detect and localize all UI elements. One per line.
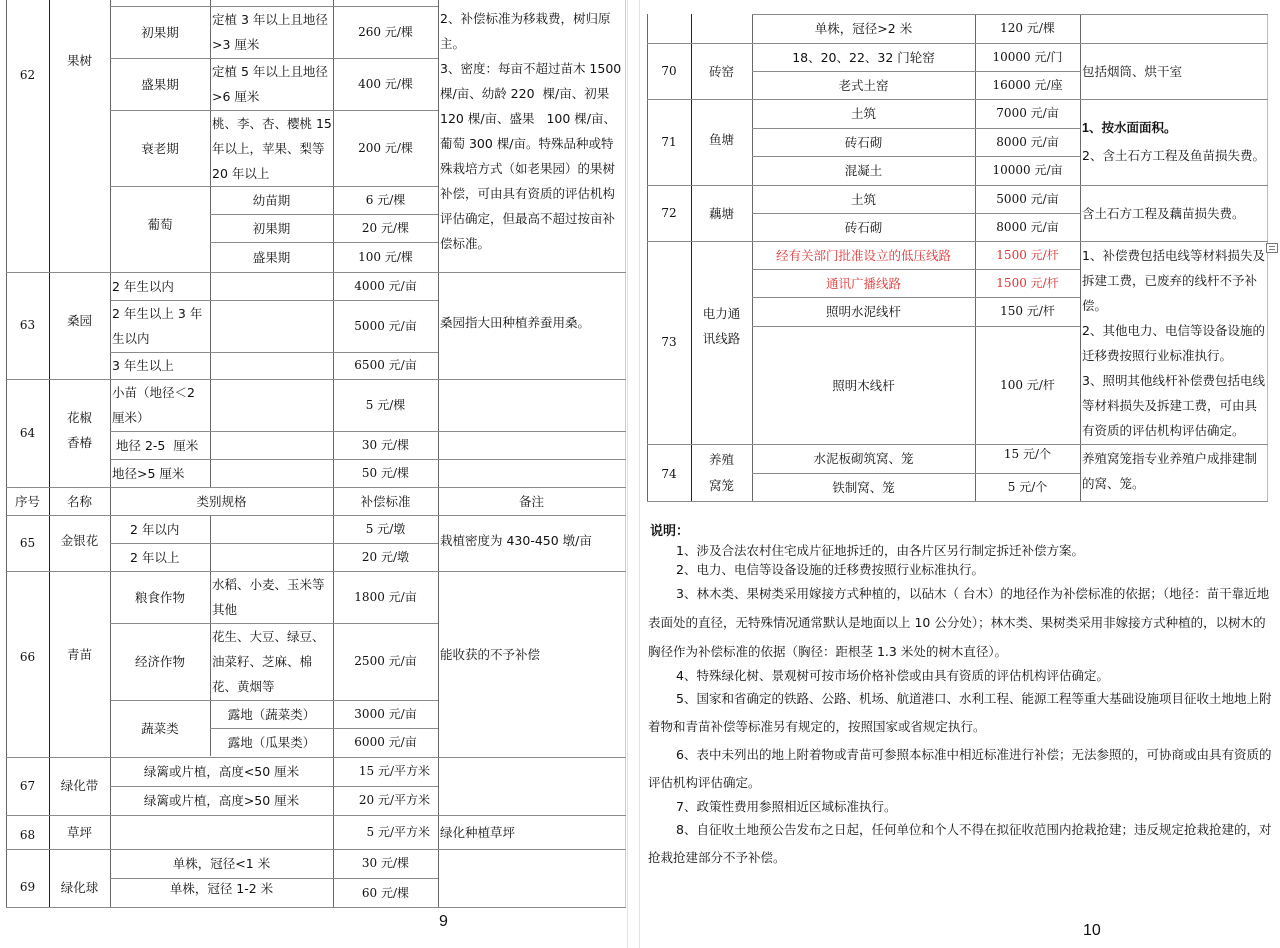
- spec-cell: 水稻、小麦、玉米等其他: [210, 571, 333, 623]
- price-cell: 20 元/墩: [333, 543, 438, 571]
- spec-cell: 绿篱或片植，高度>50 厘米: [110, 786, 333, 815]
- row-seq: 66: [6, 571, 49, 743]
- price-cell: 200 元/棵: [333, 110, 438, 186]
- spec-cell: 地径 2-5 厘米: [110, 431, 210, 459]
- remark-cell: 绿化种植草坪: [438, 815, 625, 849]
- row-seq: 74: [647, 444, 691, 501]
- price-cell: 10000 元/门: [975, 43, 1080, 71]
- row-seq: 72: [647, 185, 691, 241]
- spec-cell: 2 年生以上 3 年生以内: [110, 300, 210, 352]
- price-cell: 30 元/棵: [333, 849, 438, 878]
- row-seq: 70: [647, 43, 691, 99]
- spec-cell: 18、20、22、32 门轮窑: [752, 43, 975, 71]
- row-name: 果树: [49, 0, 110, 120]
- comment-icon[interactable]: [1266, 243, 1278, 253]
- header-seq: 序号: [6, 487, 49, 515]
- price-cell: 5000 元/亩: [975, 185, 1080, 213]
- price-cell: 3000 元/亩: [333, 700, 438, 728]
- spec-cell: 定植 3 年以上且地径>3 厘米: [210, 6, 333, 58]
- spec-cell-highlighted: 通讯广播线路: [752, 269, 975, 297]
- spec-cell: 土筑: [752, 99, 975, 128]
- spec-cell-highlighted: 经有关部门批准设立的低压线路: [752, 241, 975, 269]
- spec-cell: 2 年以上: [110, 543, 210, 571]
- remark-cell: 栽植密度为 430-450 墩/亩: [438, 515, 625, 565]
- price-cell: 6 元/棵: [333, 186, 438, 214]
- price-cell: 10000 元/亩: [975, 156, 1080, 185]
- spec-cell: 老式土窑: [752, 71, 975, 99]
- remark-line: 2、含土石方工程及鱼苗损失费。: [1082, 142, 1267, 170]
- header-standard: 补偿标准: [333, 487, 438, 515]
- table-bottom: [6, 907, 626, 908]
- note-item: 8、自征收土地预公告发布之日起，任何单位和个人不得在拟征收范围内抢栽抢建；违反规…: [648, 816, 1273, 872]
- row-name: 绿化球: [49, 868, 110, 907]
- row-seq: 63: [6, 272, 49, 379]
- row-seq: 67: [6, 757, 49, 815]
- remark-cell: 1、按水面面积。 2、含土石方工程及鱼苗损失费。: [1082, 114, 1267, 170]
- remark-cell: 桑园指大田种植养蚕用桑。: [438, 272, 625, 372]
- spec-cell: 单株，冠径 1-2 米: [110, 874, 333, 903]
- spec-cell: 地径>5 厘米: [110, 459, 210, 487]
- note-item: 7、政策性费用参照相近区域标准执行。: [648, 797, 1273, 816]
- spec-cell: 单株，冠径>2 米: [752, 14, 975, 43]
- header-remark: 备注: [438, 487, 625, 515]
- row-seq: 71: [647, 99, 691, 185]
- price-cell: 60 元/棵: [333, 880, 438, 907]
- header-name: 名称: [49, 487, 110, 515]
- sub-type: 蔬菜类: [110, 700, 210, 757]
- row-name: 桑园: [49, 272, 110, 368]
- spec-cell: 盛果期: [210, 242, 333, 272]
- price-cell: 5 元/个: [975, 473, 1080, 501]
- row-seq: 65: [6, 515, 49, 571]
- note-item: 3、林木类、果树类采用嫁接方式种植的，以砧木（ 台木）的地径作为补偿标准的依据；…: [648, 579, 1273, 666]
- row-name: 金银花: [49, 515, 110, 565]
- sub-type: 盛果期: [110, 58, 210, 110]
- note-item: 1、涉及合法农村住宅成片征地拆迁的，由各片区另行制定拆迁补偿方案。: [648, 541, 1273, 560]
- row-name: 电力通讯线路: [691, 241, 752, 411]
- table-border: [625, 0, 626, 907]
- row-name: 养殖窝笼: [691, 444, 752, 501]
- spec-cell: 初果期: [210, 214, 333, 242]
- spec-cell: 桃、李、杏、樱桃 15 年以上，苹果、梨等 20 年以上: [210, 110, 333, 186]
- sub-type: 初果期: [110, 6, 210, 58]
- spec-cell: 小苗（地径＜2 厘米）: [110, 379, 210, 431]
- sub-type: 葡萄: [110, 186, 210, 262]
- price-cell-highlighted: 1500 元/杆: [975, 241, 1080, 269]
- remark-cell: 包括烟筒、烘干室: [1080, 43, 1267, 99]
- remark-cell: 1、补偿费包括电线等材料损失及拆建工费，已废弃的线杆不予补偿。 2、其他电力、电…: [1080, 243, 1267, 443]
- price-cell: 4000 元/亩: [333, 272, 438, 300]
- price-cell-highlighted: 1500 元/杆: [975, 269, 1080, 297]
- table-border: [1267, 14, 1268, 502]
- row-name: 绿化带: [49, 757, 110, 813]
- price-cell: 5 元/平方米: [333, 815, 438, 849]
- spec-cell: 照明木线杆: [752, 326, 975, 444]
- page-number: 10: [1083, 922, 1101, 940]
- price-cell: 8000 元/亩: [975, 213, 1080, 241]
- price-cell: 100 元/棵: [333, 242, 438, 272]
- price-cell: 1800 元/亩: [333, 571, 438, 623]
- table-bottom: [647, 501, 1268, 502]
- sub-type: 衰老期: [110, 110, 210, 186]
- row-seq: 62: [6, 0, 49, 150]
- note-item: 6、表中未列出的地上附着物或青苗可参照本标准中相近标准进行补偿；无法参照的，可协…: [648, 741, 1273, 797]
- spec-cell: 水泥板砌筑窝、笼: [752, 444, 975, 473]
- row-name: 鱼塘: [691, 99, 752, 179]
- row-name: 藕塘: [691, 185, 752, 241]
- price-cell: 8000 元/亩: [975, 128, 1080, 156]
- note-item: 2、电力、电信等设备设施的迁移费按照行业标准执行。: [648, 560, 1273, 579]
- notes-list: 1、涉及合法农村住宅成片征地拆迁的，由各片区另行制定拆迁补偿方案。 2、电力、电…: [648, 541, 1273, 872]
- notes-title: 说明：: [650, 520, 689, 539]
- price-cell: 20 元/棵: [333, 214, 438, 242]
- price-cell: 50 元/棵: [333, 459, 438, 487]
- row-divider: [6, 379, 626, 380]
- row-seq: 69: [6, 868, 49, 907]
- price-cell: 5000 元/亩: [333, 300, 438, 352]
- price-cell: 15 元/平方米: [333, 757, 438, 786]
- spec-cell: 幼苗期: [210, 186, 333, 214]
- remark-cell: 养殖窝笼指专业养殖户成排建制的窝、笼。: [1080, 446, 1267, 501]
- page-gutter: [627, 0, 640, 948]
- spec-cell: 2 年以内: [110, 515, 210, 543]
- price-cell: 120 元/棵: [975, 14, 1080, 43]
- price-cell: 6000 元/亩: [333, 728, 438, 757]
- price-cell: 400 元/棵: [333, 58, 438, 110]
- spec-cell: 3 年生以上: [110, 352, 210, 379]
- remark-cell: 能收获的不予补偿: [438, 571, 625, 737]
- spec-cell: 露地（蔬菜类）: [210, 700, 333, 728]
- spec-cell: 2 年生以内: [110, 272, 210, 300]
- spec-cell: 露地（瓜果类）: [210, 728, 333, 757]
- remark-cell: 含土石方工程及藕苗损失费。: [1080, 185, 1267, 241]
- row-name: 草坪: [49, 815, 110, 849]
- price-cell: 16000 元/座: [975, 71, 1080, 99]
- sub-type: 经济作物: [110, 623, 210, 700]
- price-cell: 6500 元/亩: [333, 352, 438, 379]
- remark-cell: 2、补偿标准为移栽费，树归原主。 3、密度：每亩不超过苗木 1500 棵/亩、幼…: [438, 6, 625, 272]
- price-cell: 5 元/棵: [333, 379, 438, 431]
- remark-line: 1、按水面面积。: [1082, 114, 1267, 142]
- price-cell: 260 元/棵: [333, 6, 438, 58]
- price-cell: 150 元/杆: [975, 297, 1080, 326]
- page-number: 9: [439, 913, 448, 931]
- spec-cell: 铁制窝、笼: [752, 473, 975, 501]
- spec-cell: 土筑: [752, 185, 975, 213]
- row-name: 青苗: [49, 571, 110, 737]
- note-item: 5、国家和省确定的铁路、公路、机场、航道港口、水利工程、能源工程等重大基础设施项…: [648, 685, 1273, 741]
- note-item: 4、特殊绿化树、景观树可按市场价格补偿或由具有资质的评估机构评估确定。: [648, 666, 1273, 685]
- price-cell: 20 元/平方米: [333, 786, 438, 815]
- sub-type: 粮食作物: [110, 571, 210, 623]
- row-seq: 64: [6, 379, 49, 487]
- price-cell: 30 元/棵: [333, 431, 438, 459]
- price-cell: 100 元/杆: [975, 326, 1080, 444]
- spec-cell: 混凝土: [752, 156, 975, 185]
- spec-cell: 砖石砌: [752, 128, 975, 156]
- row-seq: 73: [647, 241, 691, 444]
- row-name: 花椒香椿: [49, 400, 110, 460]
- spec-cell: 花生、大豆、绿豆、油菜籽、芝麻、棉花、黄烟等: [210, 623, 333, 700]
- price-cell: 7000 元/亩: [975, 99, 1080, 128]
- price-cell: 15 元/个: [975, 440, 1080, 469]
- spec-cell: 定植 5 年以上且地径>6 厘米: [210, 58, 333, 110]
- price-cell: 2500 元/亩: [333, 623, 438, 700]
- row-name: 砖窑: [691, 43, 752, 99]
- spec-cell: 绿篱或片植，高度<50 厘米: [110, 757, 333, 786]
- header-spec: 类别规格: [110, 487, 333, 515]
- row-seq: 68: [6, 815, 49, 855]
- spec-cell: 照明水泥线杆: [752, 297, 975, 326]
- page-9: 62 果树 初果期 定植 3 年以上且地径>3 厘米 260 元/棵 盛果期 定…: [0, 0, 627, 948]
- price-cell: 5 元/墩: [333, 515, 438, 543]
- spec-cell: 砖石砌: [752, 213, 975, 241]
